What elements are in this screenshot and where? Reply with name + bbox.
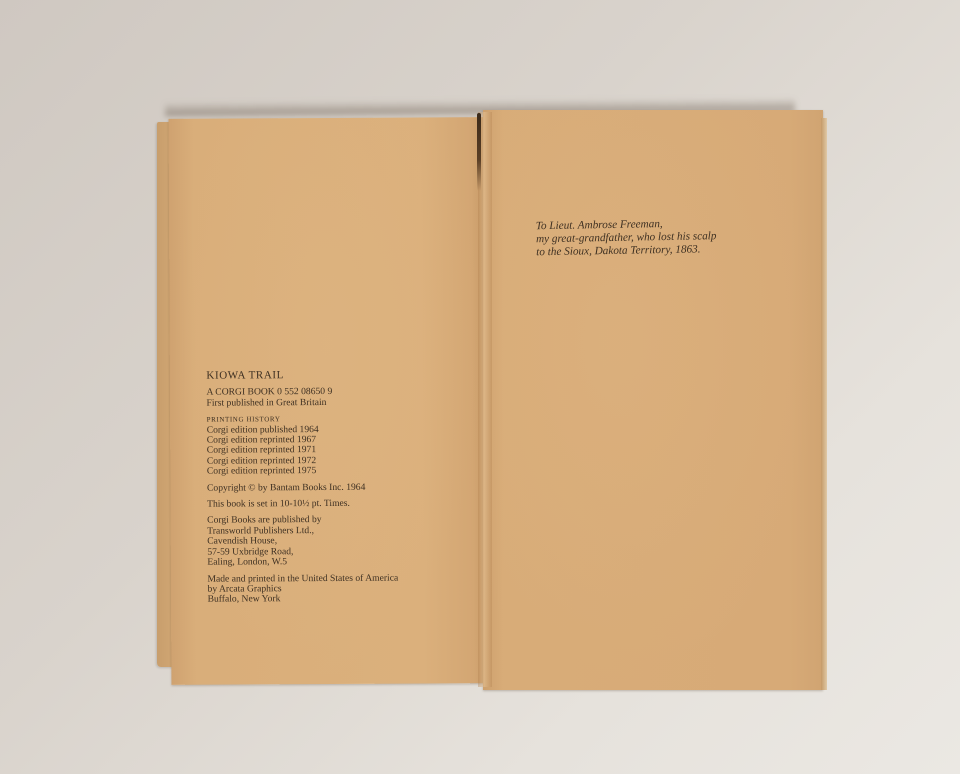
printing-history-entry: Corgi edition reprinted 1975 bbox=[207, 466, 447, 478]
publisher-block: A CORGI BOOK 0 552 08650 9 First publish… bbox=[206, 387, 446, 409]
copyright-line: Copyright © by Bantam Books Inc. 1964 bbox=[207, 482, 447, 494]
spine-tear bbox=[477, 113, 481, 191]
typeset-line: This book is set in 10-10½ pt. Times. bbox=[207, 498, 447, 510]
photo-scene: KIOWA TRAIL A CORGI BOOK 0 552 08650 9 F… bbox=[0, 0, 960, 774]
dedication: To Lieut. Ambrose Freeman, my great-gran… bbox=[536, 216, 797, 260]
page-stack-edge bbox=[821, 118, 827, 690]
printer-line: Buffalo, New York bbox=[208, 594, 448, 606]
address-line: Ealing, London, W.5 bbox=[207, 556, 447, 568]
book-title: KIOWA TRAIL bbox=[206, 369, 446, 381]
printing-history: PRINTING HISTORY Corgi edition published… bbox=[207, 414, 447, 478]
first-published-line: First published in Great Britain bbox=[207, 397, 447, 409]
copyright-colophon: KIOWA TRAIL A CORGI BOOK 0 552 08650 9 F… bbox=[206, 369, 447, 611]
publisher-address: Corgi Books are published by Transworld … bbox=[207, 515, 447, 568]
right-page bbox=[483, 110, 823, 690]
printer-info: Made and printed in the United States of… bbox=[207, 573, 447, 605]
book-gutter bbox=[478, 112, 492, 687]
